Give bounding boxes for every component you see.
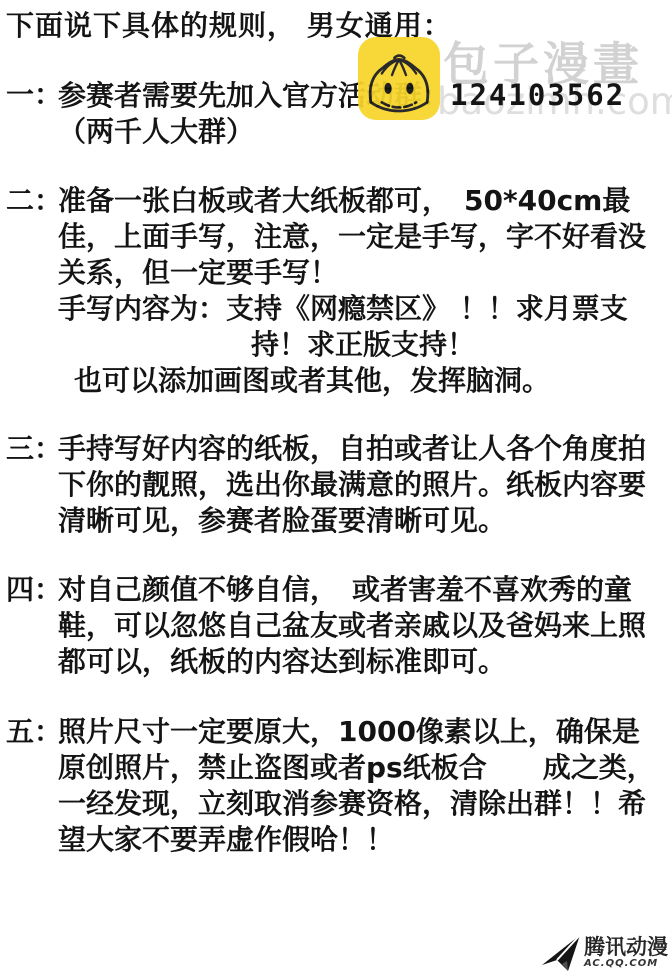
rule-label: 二： [6, 183, 58, 399]
rule-line: 照片尺寸一定要原大，1000像素以上，确保是 [58, 714, 668, 750]
rule-line: 持！求正版支持！ [58, 327, 668, 363]
rule-line: 准备一张白板或者大纸板都可， 50*40cm最 [58, 183, 668, 219]
brand-domain: AC.QQ.COM [584, 958, 668, 970]
group-number: 124103562 [450, 78, 625, 112]
rule-item-3: 三： 手持写好内容的纸板，自拍或者让人各个角度拍 下你的靓照，选出你最满意的照片… [6, 431, 668, 539]
rule-line: 望大家不要弄虚作假哈！！ [58, 822, 668, 858]
rule-line: 佳，上面手写，注意，一定是手写，字不好看没 [58, 219, 668, 255]
rule-body: 照片尺寸一定要原大，1000像素以上，确保是 原创照片，禁止盗图或者ps纸板合 … [58, 714, 668, 858]
rule-line: 对自己颜值不够自信， 或者害羞不喜欢秀的童 [58, 572, 668, 608]
rule-body: 手持写好内容的纸板，自拍或者让人各个角度拍 下你的靓照，选出你最满意的照片。纸板… [58, 431, 668, 539]
rule-line: 原创照片，禁止盗图或者ps纸板合 成之类， [58, 750, 668, 786]
rule-line: 下你的靓照，选出你最满意的照片。纸板内容要 [58, 467, 668, 503]
rule-line: 手持写好内容的纸板，自拍或者让人各个角度拍 [58, 431, 668, 467]
rule-line: 关系，但一定要手写！ [58, 255, 668, 291]
rule-item-1: 一： 参赛者需要先加入官方活动群：124103562 （两千人大群） [6, 77, 668, 150]
rule-body: 对自己颜值不够自信， 或者害羞不喜欢秀的童 鞋，可以忽悠自己盆友或者亲戚以及爸妈… [58, 572, 668, 680]
baozi-bun-icon [360, 40, 438, 118]
rule-line: 都可以，纸板的内容达到标准即可。 [58, 644, 668, 680]
rule-label: 一： [6, 77, 58, 150]
rule-item-2: 二： 准备一张白板或者大纸板都可， 50*40cm最 佳，上面手写，注意，一定是… [6, 183, 668, 399]
rule-line: 也可以添加画图或者其他，发挥脑洞。 [58, 363, 668, 399]
rule-line: 鞋，可以忽悠自己盆友或者亲戚以及爸妈来上照 [58, 608, 668, 644]
brand-name: 腾讯动漫 [584, 936, 668, 958]
rule-item-4: 四： 对自己颜值不够自信， 或者害羞不喜欢秀的童 鞋，可以忽悠自己盆友或者亲戚以… [6, 572, 668, 680]
rule-label: 四： [6, 572, 58, 680]
rule-item-5: 五： 照片尺寸一定要原大，1000像素以上，确保是 原创照片，禁止盗图或者ps纸… [6, 714, 668, 858]
tencent-comics-logo: 腾讯动漫 AC.QQ.COM [541, 934, 668, 972]
brand-text: 腾讯动漫 AC.QQ.COM [584, 936, 668, 970]
rule-line: （两千人大群） [58, 114, 668, 150]
rule-line: 一经发现，立刻取消参赛资格，清除出群！！希 [58, 786, 668, 822]
rule-body: 准备一张白板或者大纸板都可， 50*40cm最 佳，上面手写，注意，一定是手写，… [58, 183, 668, 399]
rule-label: 三： [6, 431, 58, 539]
comic-page: 包子漫畫 baozimh.com 下面说下具体的规则， 男女通用： 一： 参赛者… [0, 0, 672, 976]
baozi-mascot-badge [358, 37, 440, 120]
rule-line: 手写内容为：支持《网瘾禁区》 ！！求月票支 [58, 291, 668, 327]
paper-plane-icon [541, 934, 581, 972]
rule-label: 五： [6, 714, 58, 858]
rule-line: 清晰可见，参赛者脸蛋要清晰可见。 [58, 503, 668, 539]
